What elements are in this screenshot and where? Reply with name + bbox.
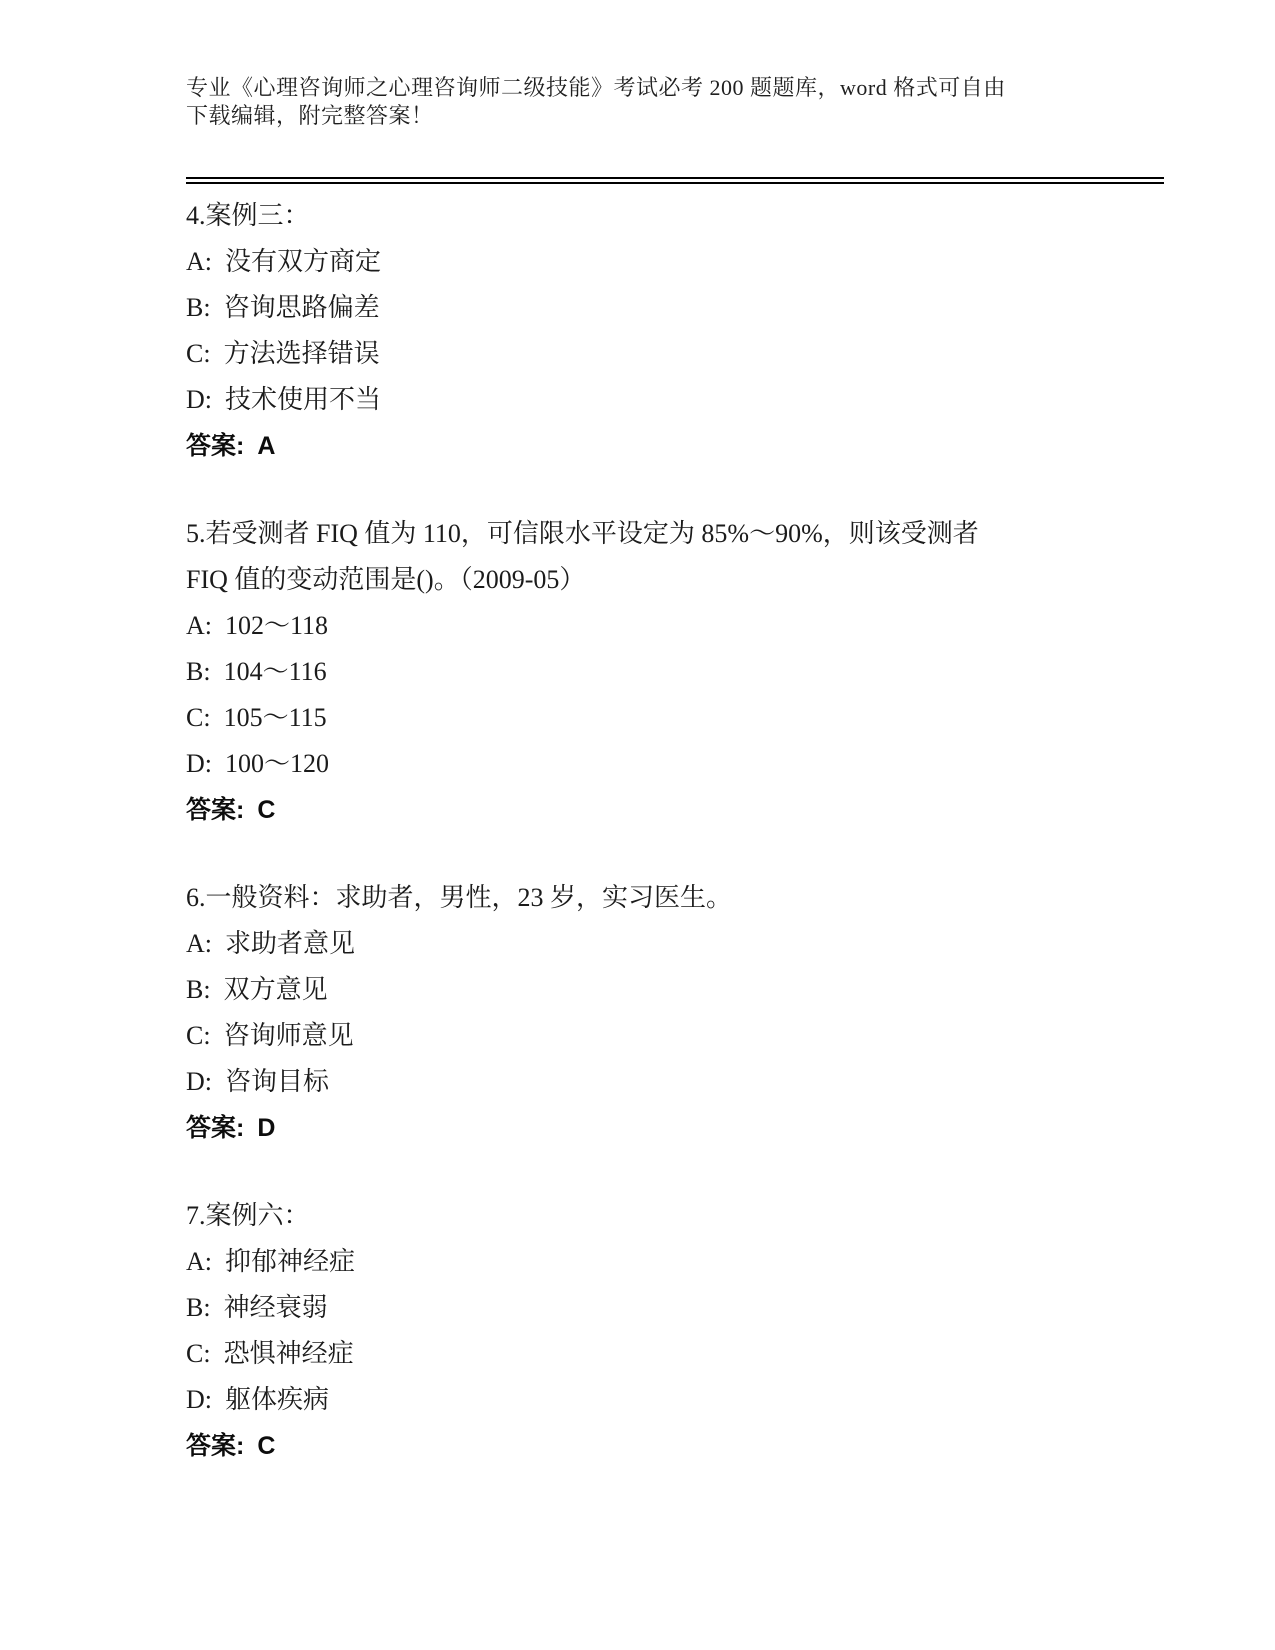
option-row-d: D:咨询目标 <box>186 1059 1026 1105</box>
questions-content: 4.案例三： A:没有双方商定 B:咨询思路偏差 C:方法选择错误 D:技术使用… <box>186 193 1026 1469</box>
option-label: A: <box>186 603 212 649</box>
option-text: 104～116 <box>224 657 327 686</box>
option-label: D: <box>186 1377 212 1423</box>
answer-label: 答案: <box>186 1432 244 1460</box>
option-text: 双方意见 <box>224 975 328 1004</box>
option-row-a: A:102～118 <box>186 603 1026 649</box>
option-text: 方法选择错误 <box>224 339 380 368</box>
option-row-c: C:方法选择错误 <box>186 331 1026 377</box>
option-row-b: B:双方意见 <box>186 967 1026 1013</box>
option-row-a: A:没有双方商定 <box>186 239 1026 285</box>
option-row-c: C:咨询师意见 <box>186 1013 1026 1059</box>
option-label: C: <box>186 695 211 741</box>
option-row-b: B:神经衰弱 <box>186 1285 1026 1331</box>
option-text: 102～118 <box>225 611 328 640</box>
option-label: D: <box>186 377 212 423</box>
option-label: C: <box>186 1331 211 1377</box>
option-label: A: <box>186 239 212 285</box>
answer-value: D <box>257 1105 275 1151</box>
option-row-a: A:抑郁神经症 <box>186 1239 1026 1285</box>
answer-label: 答案: <box>186 1114 244 1142</box>
option-label: C: <box>186 331 211 377</box>
option-row-b: B:咨询思路偏差 <box>186 285 1026 331</box>
option-label: B: <box>186 285 211 331</box>
option-label: C: <box>186 1013 211 1059</box>
option-row-d: D:100～120 <box>186 741 1026 787</box>
option-label: D: <box>186 1059 212 1105</box>
answer-line: 答案:D <box>186 1105 1026 1151</box>
question-7: 7.案例六： A:抑郁神经症 B:神经衰弱 C:恐惧神经症 D:躯体疾病 答案:… <box>186 1193 1026 1469</box>
option-text: 105～115 <box>224 703 327 732</box>
header-divider-double-rule <box>186 177 1164 184</box>
option-text: 恐惧神经症 <box>224 1339 354 1368</box>
option-text: 抑郁神经症 <box>225 1247 355 1276</box>
document-page: 专业《心理咨询师之心理咨询师二级技能》考试必考 200 题题库，word 格式可… <box>0 0 1275 1650</box>
question-title: 4.案例三： <box>186 193 1026 239</box>
option-row-d: D:躯体疾病 <box>186 1377 1026 1423</box>
option-row-a: A:求助者意见 <box>186 921 1026 967</box>
answer-value: C <box>257 1423 275 1469</box>
answer-value: A <box>257 423 275 469</box>
option-row-b: B:104～116 <box>186 649 1026 695</box>
option-label: A: <box>186 1239 212 1285</box>
answer-line: 答案:A <box>186 423 1026 469</box>
option-label: B: <box>186 649 211 695</box>
question-title: 7.案例六： <box>186 1193 1026 1239</box>
answer-label: 答案: <box>186 432 244 460</box>
question-4: 4.案例三： A:没有双方商定 B:咨询思路偏差 C:方法选择错误 D:技术使用… <box>186 193 1026 469</box>
question-6: 6.一般资料：求助者，男性，23 岁，实习医生。 A:求助者意见 B:双方意见 … <box>186 875 1026 1151</box>
option-text: 求助者意见 <box>225 929 355 958</box>
option-text: 咨询目标 <box>225 1067 329 1096</box>
option-label: B: <box>186 1285 211 1331</box>
option-text: 100～120 <box>225 749 329 778</box>
option-text: 神经衰弱 <box>224 1293 328 1322</box>
answer-line: 答案:C <box>186 787 1026 833</box>
question-title: 5.若受测者 FIQ 值为 110，可信限水平设定为 85%～90%，则该受测者… <box>186 511 1026 603</box>
question-title: 6.一般资料：求助者，男性，23 岁，实习医生。 <box>186 875 1026 921</box>
answer-label: 答案: <box>186 796 244 824</box>
page-header-note: 专业《心理咨询师之心理咨询师二级技能》考试必考 200 题题库，word 格式可… <box>186 74 1020 130</box>
option-label: B: <box>186 967 211 1013</box>
option-text: 咨询思路偏差 <box>224 293 380 322</box>
answer-value: C <box>257 787 275 833</box>
option-label: A: <box>186 921 212 967</box>
option-row-c: C:105～115 <box>186 695 1026 741</box>
answer-line: 答案:C <box>186 1423 1026 1469</box>
question-5: 5.若受测者 FIQ 值为 110，可信限水平设定为 85%～90%，则该受测者… <box>186 511 1026 833</box>
option-text: 没有双方商定 <box>225 247 381 276</box>
option-text: 咨询师意见 <box>224 1021 354 1050</box>
option-label: D: <box>186 741 212 787</box>
option-text: 技术使用不当 <box>225 385 381 414</box>
option-row-d: D:技术使用不当 <box>186 377 1026 423</box>
option-text: 躯体疾病 <box>225 1385 329 1414</box>
option-row-c: C:恐惧神经症 <box>186 1331 1026 1377</box>
